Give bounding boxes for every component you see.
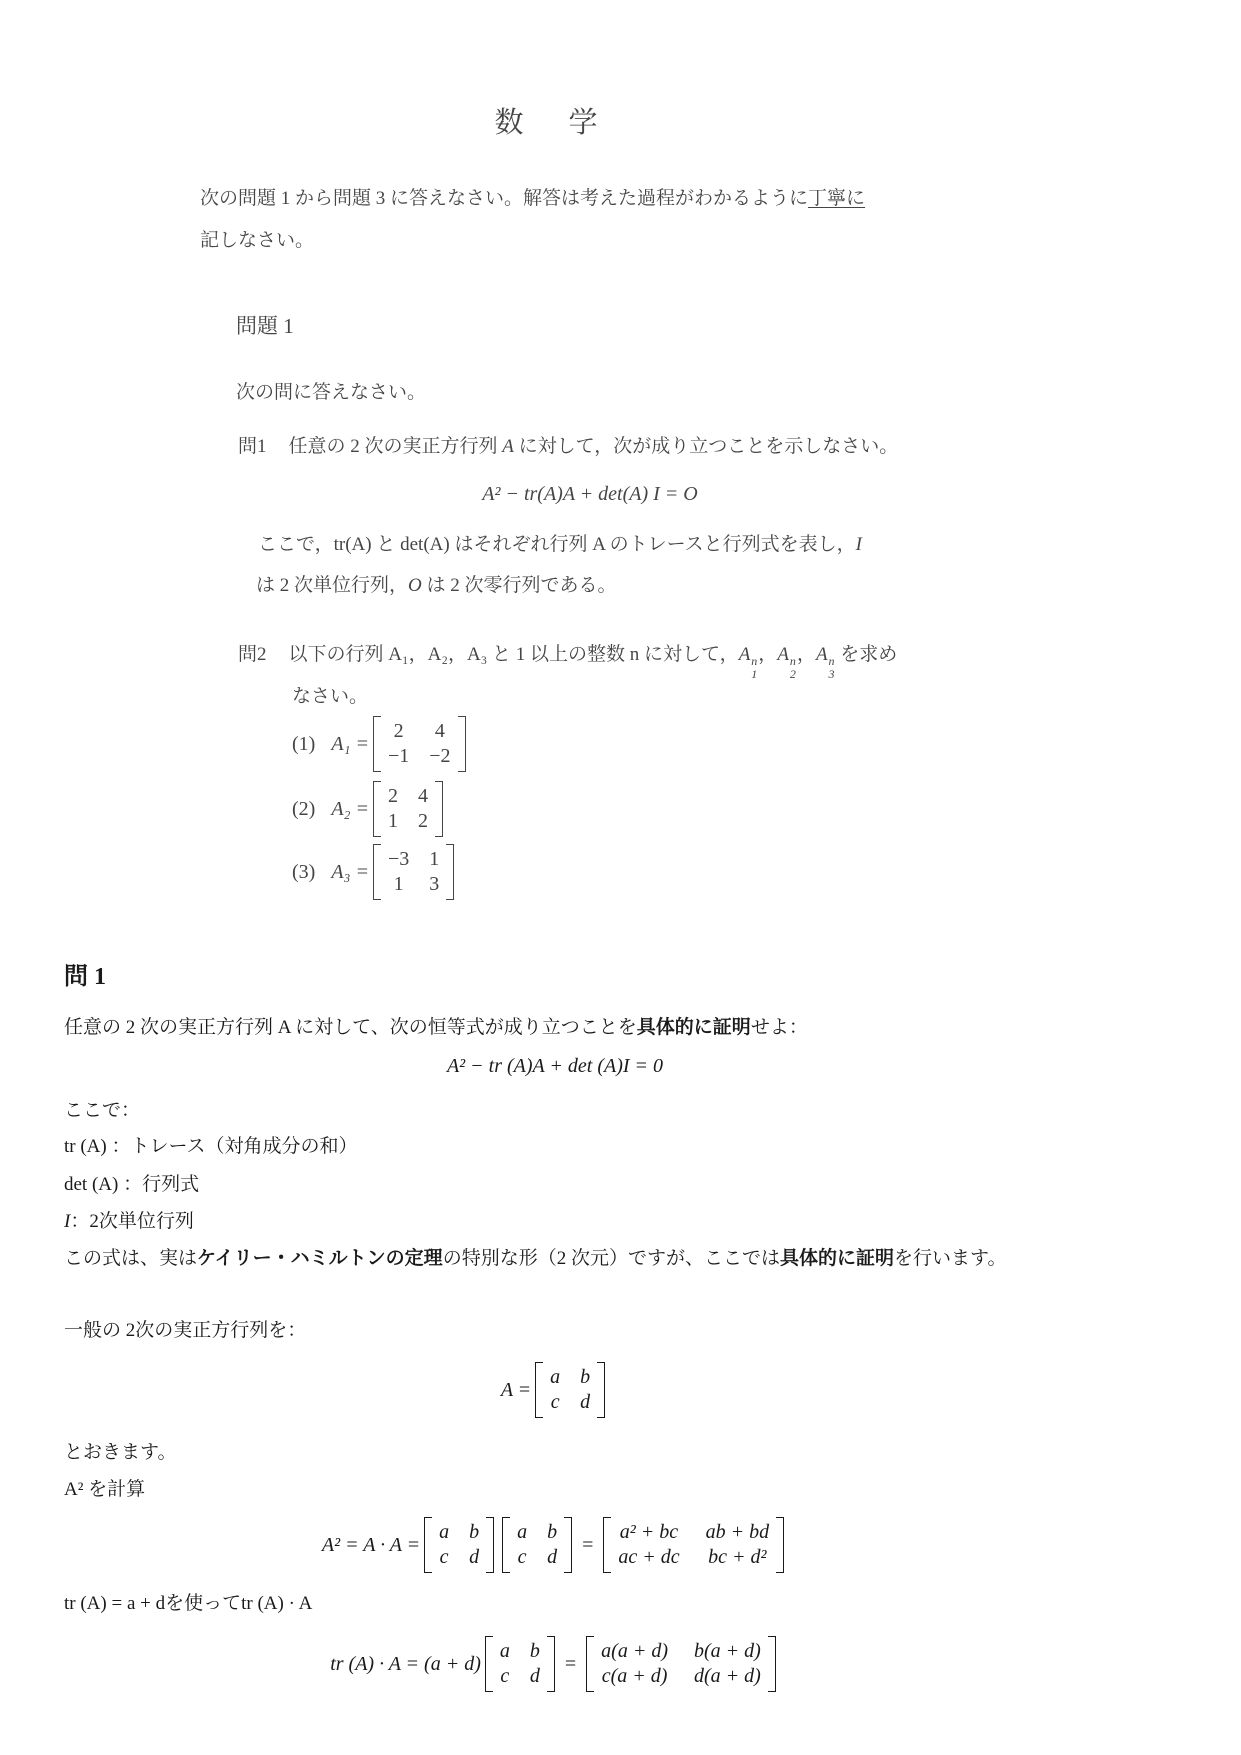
matrix-right-bracket xyxy=(486,1517,494,1573)
matrix-cell: 3 xyxy=(429,872,439,897)
matrix-cell: a xyxy=(500,1639,510,1664)
matrix-cell: 4 xyxy=(435,719,445,744)
cayley-hamilton-formula: A² − tr(A)A + det(A) I = O xyxy=(290,483,890,506)
solution-intro-bold: 具体的に証明 xyxy=(637,1017,751,1038)
matrix-cell: ab + bd xyxy=(706,1520,770,1545)
problem-1-heading: 問題 1 xyxy=(236,310,294,340)
matrix-cell: 1 xyxy=(394,872,404,897)
note-1-text: ここで，tr(A) と det(A) はそれぞれ行列 A のトレースと行列式を表… xyxy=(258,534,856,555)
matrix-cell: b xyxy=(547,1520,557,1545)
question-2-text-line-2: なさい。 xyxy=(292,681,368,708)
note-mid: の特別な形（2 次元）ですが、ここでは xyxy=(443,1248,780,1269)
matrix-cell: d xyxy=(580,1390,590,1415)
matrix-right-bracket xyxy=(768,1636,776,1692)
question-1-label: 問1 xyxy=(238,431,267,458)
matrix-cell: 1 xyxy=(388,809,398,834)
a-squared-line: A² を計算 xyxy=(64,1474,145,1501)
matrix-A1: 24−1−2 xyxy=(373,716,466,772)
matrix-cell: 1 xyxy=(429,847,439,872)
question-1-note-line-2: は 2 次単位行列，O は 2 次零行列である。 xyxy=(256,570,617,597)
matrix-trace-result: a(a + d)b(a + d)c(a + d)d(a + d) xyxy=(586,1636,776,1692)
superscript-n: n xyxy=(751,655,757,668)
matrix-cell: b xyxy=(530,1639,540,1664)
exam-instructions-line-2: 記しなさい。 xyxy=(200,225,314,252)
solution-intro-post: せよ： xyxy=(751,1017,808,1038)
superscript-n: n xyxy=(829,655,835,668)
question-2-text: 以下の行列 A₁，A₂，A₃ と 1 以上の整数 n に対して，An1，An2，… xyxy=(289,639,898,680)
matrix-cell: c xyxy=(551,1390,560,1415)
subscript-3: 3 xyxy=(829,668,835,681)
matrix-cell: 4 xyxy=(418,784,428,809)
matrix-left-bracket xyxy=(535,1362,543,1418)
matrix-left-bracket xyxy=(373,844,381,900)
question-1-row: 問1 任意の 2 次の実正方行列 A に対して，次が成り立つことを示しなさい。 xyxy=(238,431,918,458)
instructions-underlined-text: 丁寧に xyxy=(808,188,865,209)
matrix-cell: d xyxy=(547,1545,557,1570)
matrix-cell: b xyxy=(580,1365,590,1390)
matrix-factor-1: abcd xyxy=(424,1517,494,1573)
solution-heading: 問 1 xyxy=(64,956,106,991)
item-1-index: (1) xyxy=(292,733,315,756)
matrix-cell: −3 xyxy=(388,847,409,872)
matrix-cell: −2 xyxy=(429,744,450,769)
separator-comma: ， xyxy=(758,644,777,665)
matrix-cell: 2 xyxy=(394,719,404,744)
item-3-index: (3) xyxy=(292,861,315,884)
question-2-row: 問2 以下の行列 A₁，A₂，A₃ と 1 以上の整数 n に対して，An1，A… xyxy=(238,639,938,680)
matrix-cell: b(a + d) xyxy=(694,1639,761,1664)
matrix-cell: ac + dc xyxy=(618,1545,679,1570)
matrix-factor-2: abcd xyxy=(502,1517,572,1573)
instructions-text: 次の問題 1 から問題 3 に答えなさい。解答は考えた過程がわかるように xyxy=(200,188,808,209)
question-2-label: 問2 xyxy=(238,639,267,666)
variable-A: A xyxy=(502,436,514,457)
note-post: を行います。 xyxy=(894,1248,1006,1269)
matrix-cell: a xyxy=(550,1365,560,1390)
matrix-power-1-supsub: n1 xyxy=(751,655,757,680)
item-2-index: (2) xyxy=(292,798,315,821)
matrix-cell: c xyxy=(440,1545,449,1570)
matrix-power-3-supsub: n3 xyxy=(829,655,835,680)
general-matrix-line: 一般の 2次の実正方行列を： xyxy=(64,1315,306,1342)
trace-use-line: tr (A) = a + dを使ってtr (A) · A xyxy=(64,1588,312,1615)
matrix-cell: −1 xyxy=(388,744,409,769)
matrix-abcd: abcd xyxy=(535,1362,605,1418)
matrix-right-bracket xyxy=(547,1636,555,1692)
a-squared-lhs: A² = A · A = xyxy=(322,1534,420,1557)
matrix-cell: 2 xyxy=(418,809,428,834)
where-label: ここで： xyxy=(64,1095,140,1122)
matrix-right-bracket xyxy=(446,844,454,900)
separator-comma: ， xyxy=(797,644,816,665)
trace-definition: tr (A) ：トレース（対角成分の和） xyxy=(64,1131,358,1158)
exam-title: 数 学 xyxy=(0,100,1100,141)
variable-O: O xyxy=(408,575,422,596)
matrix-cell: b xyxy=(469,1520,479,1545)
solution-intro-pre: 任意の 2 次の実正方行列 A に対して、次の恒等式が成り立つことを xyxy=(64,1017,637,1038)
determinant-definition: det (A) ：行列式 xyxy=(64,1169,199,1196)
matrix-cell: d(a + d) xyxy=(694,1664,761,1689)
question-1-text: 任意の 2 次の実正方行列 A に対して，次が成り立つことを示しなさい。 xyxy=(289,431,899,458)
identity-definition: I：2次単位行列 xyxy=(64,1206,194,1233)
matrix-cell: c(a + d) xyxy=(602,1664,668,1689)
matrix-cell: a(a + d) xyxy=(601,1639,668,1664)
matrix-cell: d xyxy=(530,1664,540,1689)
matrix-A-definition: A = abcd xyxy=(0,1362,1110,1418)
question-1-note-line-1: ここで，tr(A) と det(A) はそれぞれ行列 A のトレースと行列式を表… xyxy=(258,529,862,556)
matrix-left-bracket xyxy=(485,1636,493,1692)
put-line: とおきます。 xyxy=(64,1437,176,1464)
matrix-right-bracket xyxy=(435,781,443,837)
matrix-power-2-base: A xyxy=(777,644,789,665)
question-2-text-post: を求め xyxy=(836,644,898,665)
matrix-item-2: (2) A₂ = 2412 xyxy=(292,781,447,837)
matrix-A3: −3113 xyxy=(373,844,454,900)
matrix-power-3-base: A xyxy=(816,644,828,665)
note-pre: この式は、実は xyxy=(64,1248,197,1269)
matrix-cell: a xyxy=(517,1520,527,1545)
theorem-note: この式は、実はケイリー・ハミルトンの定理の特別な形（2 次元）ですが、ここでは具… xyxy=(64,1243,1194,1270)
exam-instructions-line-1: 次の問題 1 から問題 3 に答えなさい。解答は考えた過程がわかるように丁寧に xyxy=(200,183,865,210)
note-bold-cayley-hamilton: ケイリー・ハミルトンの定理 xyxy=(197,1248,443,1269)
item-3-lhs: A₃ = xyxy=(331,861,369,884)
item-2-lhs: A₂ = xyxy=(331,798,369,821)
matrix-right-bracket xyxy=(597,1362,605,1418)
matrix-left-bracket xyxy=(502,1517,510,1573)
question-1-text-pre: 任意の 2 次の実正方行列 xyxy=(289,436,503,457)
trace-formula: tr (A) · A = (a + d) abcd = a(a + d)b(a … xyxy=(0,1636,1110,1692)
matrix-item-1: (1) A₁ = 24−1−2 xyxy=(292,716,470,772)
matrix-left-bracket xyxy=(373,781,381,837)
matrix-cell: bc + d² xyxy=(708,1545,766,1570)
matrix-cell: d xyxy=(469,1545,479,1570)
matrix-left-bracket xyxy=(373,716,381,772)
A-definition-lhs: A = xyxy=(501,1379,531,1402)
matrix-item-3: (3) A₃ = −3113 xyxy=(292,844,458,900)
superscript-n: n xyxy=(790,655,796,668)
matrix-A2: 2412 xyxy=(373,781,443,837)
matrix-right-bracket xyxy=(564,1517,572,1573)
solution-main-formula: A² − tr (A)A + det (A)I = 0 xyxy=(0,1055,1110,1078)
matrix-left-bracket xyxy=(586,1636,594,1692)
matrix-cell: a² + bc xyxy=(620,1520,678,1545)
note-2-pre: は 2 次単位行列， xyxy=(256,575,408,596)
document-page: 数 学 次の問題 1 から問題 3 に答えなさい。解答は考えた過程がわかるように… xyxy=(0,0,1241,1755)
matrix-cell: c xyxy=(500,1664,509,1689)
trace-formula-lhs: tr (A) · A = (a + d) xyxy=(330,1653,481,1676)
subscript-1: 1 xyxy=(751,668,757,681)
note-bold-proof: 具体的に証明 xyxy=(780,1248,894,1269)
question-2-text-pre: 以下の行列 A₁，A₂，A₃ と 1 以上の整数 n に対して， xyxy=(289,644,739,665)
note-2-post: は 2 次零行列である。 xyxy=(422,575,617,596)
item-1-lhs: A₁ = xyxy=(331,733,369,756)
matrix-cell: a xyxy=(439,1520,449,1545)
problem-1-lead: 次の問に答えなさい。 xyxy=(236,377,426,404)
subscript-2: 2 xyxy=(790,668,796,681)
variable-I: I xyxy=(856,534,862,555)
matrix-cell: 2 xyxy=(388,784,398,809)
matrix-left-bracket xyxy=(603,1517,611,1573)
equals-sign: = xyxy=(565,1653,576,1676)
matrix-right-bracket xyxy=(458,716,466,772)
matrix-right-bracket xyxy=(776,1517,784,1573)
matrix-cell: c xyxy=(518,1545,527,1570)
matrix-a-squared-result: a² + bcab + bdac + dcbc + d² xyxy=(603,1517,784,1573)
question-1-text-post: に対して，次が成り立つことを示しなさい。 xyxy=(514,436,898,457)
solution-intro: 任意の 2 次の実正方行列 A に対して、次の恒等式が成り立つことを具体的に証明… xyxy=(64,1012,1184,1039)
a-squared-formula: A² = A · A = abcd abcd = a² + bcab + bda… xyxy=(0,1517,1110,1573)
matrix-power-2-supsub: n2 xyxy=(790,655,796,680)
matrix-abcd-factor: abcd xyxy=(485,1636,555,1692)
matrix-power-1-base: A xyxy=(739,644,751,665)
matrix-left-bracket xyxy=(424,1517,432,1573)
identity-definition-text: ：2次単位行列 xyxy=(70,1211,194,1232)
equals-sign: = xyxy=(582,1534,593,1557)
